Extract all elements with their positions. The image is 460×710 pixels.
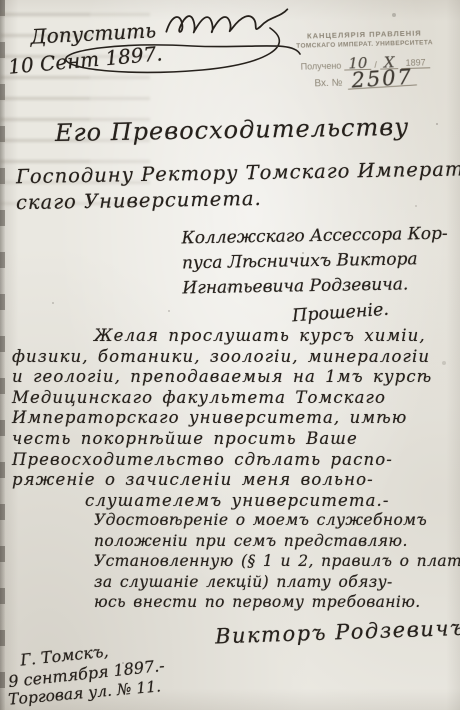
body-line: честь покорнѣйше просить Ваше	[12, 429, 458, 450]
body-line: Превосходительство сдѣлать распо-	[12, 450, 458, 471]
body-line: Установленную (§ 1 и 2, правилъ о платѣ	[94, 551, 458, 572]
stamp-entry-number: 2507	[347, 69, 417, 89]
body-paragraph-1: Желая прослушать курсъ химіи, физики, бо…	[12, 326, 458, 511]
petitioner-signature: Викторъ Родзевичъ.	[215, 615, 460, 648]
ink-specks	[0, 0, 2, 2]
addressee-line2: скаго Университета.	[16, 187, 262, 214]
petitioner-line2: пуса Лѣсничихъ Виктора	[182, 247, 452, 277]
petitioner-block: Коллежскаго Ассессора Кор- пуса Лѣсничих…	[181, 222, 452, 302]
body-line: положеніи при семъ представляю.	[94, 531, 458, 552]
scanned-petition-page: Допустить 10 Сент 1897. КАНЦЕЛЯРІЯ ПРАВЛ…	[0, 0, 460, 710]
body-line: Императорскаго университета, имѣю	[12, 408, 458, 429]
salutation: Его Превосходительству	[55, 113, 405, 147]
document-title: Прошеніе.	[291, 300, 389, 327]
registry-stamp: КАНЦЕЛЯРІЯ ПРАВЛЕНІЯ ТОМСКАГО ИМПЕРАТ. У…	[280, 28, 449, 90]
body-line: и геологіи, преподаваемыя на 1мъ курсѣ	[12, 367, 458, 388]
body-line: слушателемъ университета.-	[85, 491, 458, 512]
body-paragraph-2: Удостовѣреніе о моемъ служебномъ положен…	[94, 510, 458, 613]
stamp-received-label: Получено	[301, 61, 342, 72]
stamp-entry-label: Вх. №	[314, 78, 342, 90]
body-line: за слушаніе лекцій) плату обязу-	[94, 572, 458, 593]
stamp-entry-row: Вх. № 2507	[281, 70, 449, 90]
body-line: ряженіе о зачисленіи меня вольно-	[12, 470, 458, 491]
body-line: Медицинскаго факультета Томскаго	[12, 388, 458, 409]
petitioner-line3: Игнатьевича Родзевича.	[182, 272, 452, 302]
body-line: физики, ботаники, зоологіи, минералогіи	[12, 347, 458, 368]
body-line: юсь внести по первому требованію.	[94, 592, 458, 613]
body-line: Удостовѣреніе о моемъ служебномъ	[94, 510, 458, 531]
body-line: Желая прослушать курсъ химіи,	[94, 326, 458, 347]
